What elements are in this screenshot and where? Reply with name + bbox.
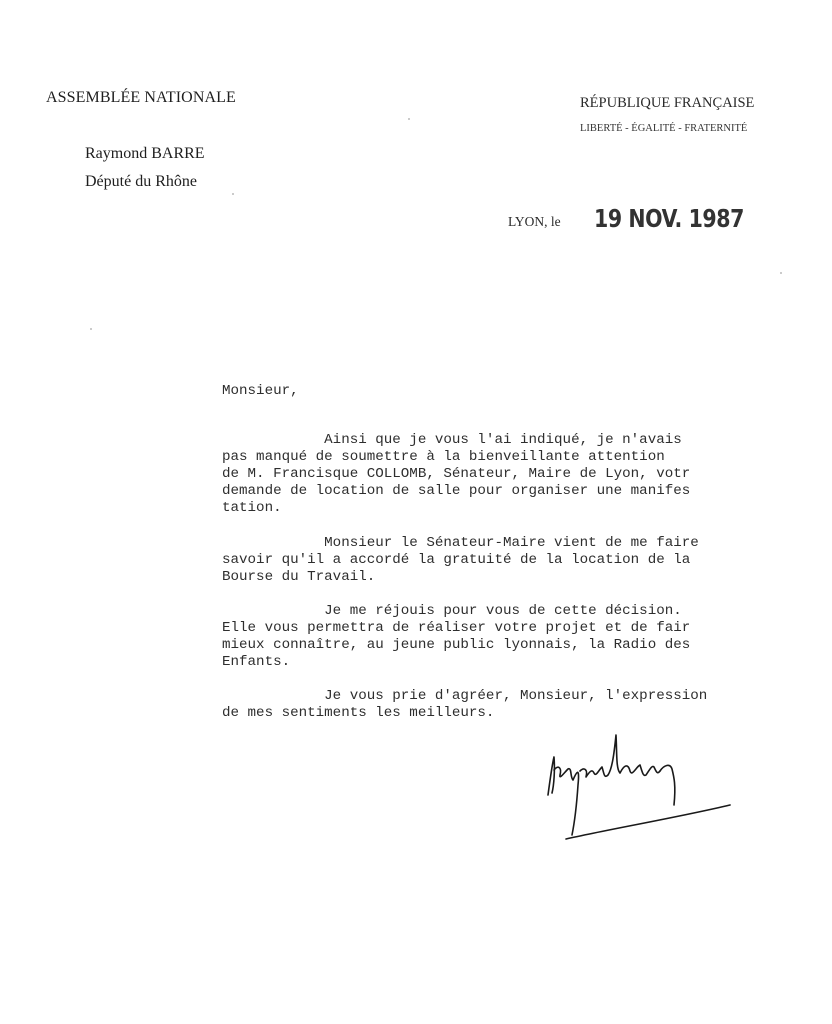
paragraph-line: Bourse du Travail. xyxy=(222,569,699,586)
paragraph: Je me réjouis pour vous de cette décisio… xyxy=(222,603,690,671)
signature-icon xyxy=(540,725,740,845)
deputy-name: Raymond BARRE xyxy=(85,145,205,163)
paragraph-line: de M. Francisque COLLOMB, Sénateur, Mair… xyxy=(222,466,690,483)
paragraph-line: Je vous prie d'agréer, Monsieur, l'expre… xyxy=(222,688,707,705)
paragraph-line: Monsieur le Sénateur-Maire vient de me f… xyxy=(222,535,699,552)
paragraph: Monsieur le Sénateur-Maire vient de me f… xyxy=(222,535,699,586)
date-stamp: 19 NOV. 1987 xyxy=(594,204,744,233)
country-name: RÉPUBLIQUE FRANÇAISE xyxy=(580,95,754,112)
paragraph-line: Elle vous permettra de réaliser votre pr… xyxy=(222,620,690,637)
paragraph-line: Je me réjouis pour vous de cette décisio… xyxy=(222,603,690,620)
paragraph-line: Ainsi que je vous l'ai indiqué, je n'ava… xyxy=(222,432,690,449)
national-motto: LIBERTÉ - ÉGALITÉ - FRATERNITÉ xyxy=(580,123,747,134)
institution-name: ASSEMBLÉE NATIONALE xyxy=(46,89,236,107)
deputy-title: Député du Rhône xyxy=(85,173,197,191)
paragraph: Je vous prie d'agréer, Monsieur, l'expre… xyxy=(222,688,707,722)
paragraph-line: pas manqué de soumettre à la bienveillan… xyxy=(222,449,690,466)
salutation: Monsieur, xyxy=(222,383,299,400)
paragraph: Ainsi que je vous l'ai indiqué, je n'ava… xyxy=(222,432,690,517)
paragraph-line: savoir qu'il a accordé la gratuité de la… xyxy=(222,552,699,569)
paragraph-line: tation. xyxy=(222,500,690,517)
place-label: LYON, le xyxy=(508,214,561,230)
paragraph-line: de mes sentiments les meilleurs. xyxy=(222,705,707,722)
paragraph-line: Enfants. xyxy=(222,654,690,671)
paragraph-line: demande de location de salle pour organi… xyxy=(222,483,690,500)
paragraph-line: mieux connaître, au jeune public lyonnai… xyxy=(222,637,690,654)
